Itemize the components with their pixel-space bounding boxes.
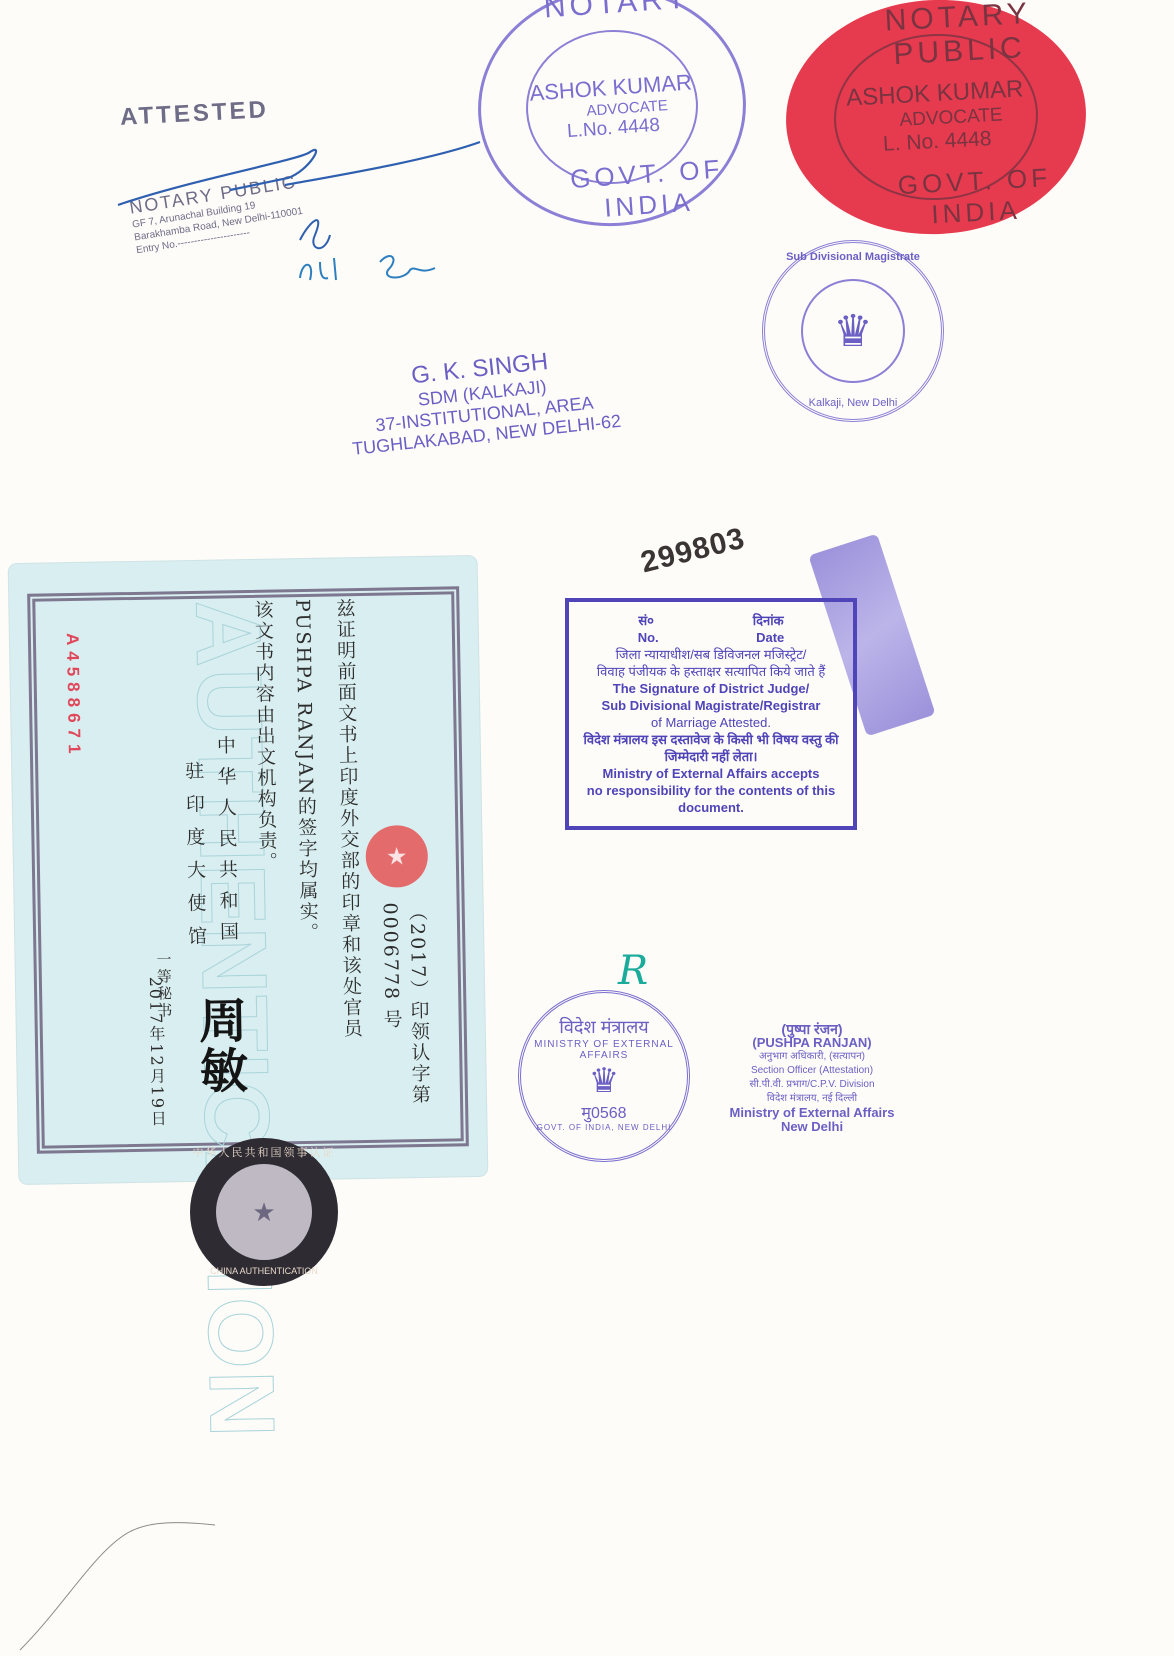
stamp-line: document. bbox=[569, 799, 853, 816]
national-emblem-icon: ♛ bbox=[589, 1061, 619, 1101]
officer-line: विदेश मंत्रालय, नई दिल्ली bbox=[702, 1092, 922, 1106]
certificate-body-line: 该文书内容由出文机构负责。 bbox=[249, 599, 281, 872]
officer-line: Ministry of External Affairs bbox=[702, 1106, 922, 1120]
certificate-reference: （2017）印领认字第 0006778 号 bbox=[377, 902, 436, 1178]
hologram-bottom-text: CHINA AUTHENTICATION bbox=[210, 1266, 318, 1276]
seal-ring-bottom-text: GOVT. OF INDIA bbox=[859, 160, 1092, 234]
prc-emblem-icon: ★ bbox=[216, 1164, 312, 1260]
no-date-row: सं० दिनांक bbox=[569, 612, 853, 629]
seal-hindi-title: विदेश मंत्रालय bbox=[559, 1015, 648, 1039]
sdm-signature-block: G. K. SINGH SDM (KALKAJI) 37-INSTITUTION… bbox=[314, 338, 652, 463]
officer-line: अनुभाग अधिकारी, (सत्यापन) bbox=[702, 1050, 922, 1064]
mea-seal: विदेश मंत्रालय MINISTRY OF EXTERNAL AFFA… bbox=[518, 990, 690, 1162]
certificate-issuer-line: 驻印度大使馆 bbox=[180, 761, 210, 959]
attestation-number: 299803 bbox=[637, 522, 748, 581]
stamp-line: विदेश मंत्रालय इस दस्तावेज के किसी भी वि… bbox=[569, 731, 853, 748]
seal-ring-text: MINISTRY OF EXTERNAL AFFAIRS bbox=[521, 1039, 687, 1061]
sdm-seal: Sub Divisional Magistrate ♛ Kalkaji, New… bbox=[762, 240, 944, 422]
no-date-row: No. Date bbox=[569, 629, 853, 646]
seal-ring-bottom-text: GOVT. OF INDIA bbox=[545, 152, 751, 228]
certificate-date: 2017年12月19日 bbox=[144, 976, 170, 1128]
no-label-en: No. bbox=[638, 629, 659, 646]
certificate-serial: A4588671 bbox=[62, 633, 84, 760]
stamp-line: of Marriage Attested. bbox=[569, 714, 853, 731]
date-label-en: Date bbox=[756, 629, 784, 646]
seal-ring-bottom-text: Kalkaji, New Delhi bbox=[809, 397, 898, 409]
mea-officer-block: (पुष्पा रंजन) (PUSHPA RANJAN) अनुभाग अधि… bbox=[702, 1022, 922, 1134]
seal-ring-top-text: NOTARY bbox=[543, 0, 691, 25]
officer-line: New Delhi bbox=[702, 1120, 922, 1134]
officer-name-hi: (पुष्पा रंजन) bbox=[702, 1022, 922, 1036]
hologram-ring-text: 中华人民共和国领事认证 bbox=[193, 1144, 336, 1160]
stamp-line: विवाह पंजीयक के हस्ताक्षर सत्यापित किये … bbox=[569, 663, 853, 680]
officer-line: Section Officer (Attestation) bbox=[702, 1064, 922, 1078]
notary-seal-violet: NOTARY ASHOK KUMAR ADVOCATE L.No. 4448 G… bbox=[470, 0, 754, 235]
date-label-hi: दिनांक bbox=[753, 612, 784, 629]
national-emblem-icon: ♛ bbox=[801, 279, 905, 383]
mea-attestation-box-stamp: सं० दिनांक No. Date जिला न्यायाधीश/सब डि… bbox=[565, 598, 857, 830]
stamp-line: Sub Divisional Magistrate/Registrar bbox=[569, 697, 853, 714]
initial-mark: R bbox=[618, 948, 648, 994]
seal-ring-top-text: Sub Divisional Magistrate bbox=[786, 251, 920, 263]
china-authentication-certificate: AUTHENTICATION A4588671 （2017）印领认字第 0006… bbox=[9, 556, 488, 1184]
seal-license: L.No. 4448 bbox=[566, 114, 660, 142]
attested-stamp-label: ATTESTED bbox=[119, 96, 269, 132]
official-signature: 周敏 bbox=[184, 995, 255, 1096]
stamp-line: The Signature of District Judge/ bbox=[569, 680, 853, 697]
seal-license: L. No. 4448 bbox=[882, 127, 992, 157]
stamp-line: no responsibility for the contents of th… bbox=[569, 782, 853, 799]
officer-name-en: (PUSHPA RANJAN) bbox=[702, 1036, 922, 1050]
stamp-line: जिम्मेदारी नहीं लेता। bbox=[569, 748, 853, 765]
seal-ring-top-text: NOTARY PUBLIC bbox=[834, 0, 1083, 75]
stamp-line: Ministry of External Affairs accepts bbox=[569, 765, 853, 782]
paper-curve-line bbox=[20, 1500, 220, 1656]
certificate-issuer-line: 中华人民共和国 bbox=[212, 735, 243, 952]
china-authentication-hologram: 中华人民共和国领事认证 ★ CHINA AUTHENTICATION bbox=[190, 1138, 338, 1286]
notary-seal-red: NOTARY PUBLIC ASHOK KUMAR ADVOCATE L. No… bbox=[780, 0, 1092, 242]
no-label-hi: सं० bbox=[638, 612, 654, 629]
notary-signature bbox=[110, 140, 510, 300]
seal-code: मु0568 bbox=[581, 1101, 626, 1123]
stamp-line: जिला न्यायाधीश/सब डिविजनल मजिस्ट्रेट/ bbox=[569, 646, 853, 663]
seal-bottom-text: GOVT. OF INDIA, NEW DELHI bbox=[537, 1123, 672, 1132]
officer-line: सी.पी.वी. प्रभाग/C.P.V. Division bbox=[702, 1078, 922, 1092]
